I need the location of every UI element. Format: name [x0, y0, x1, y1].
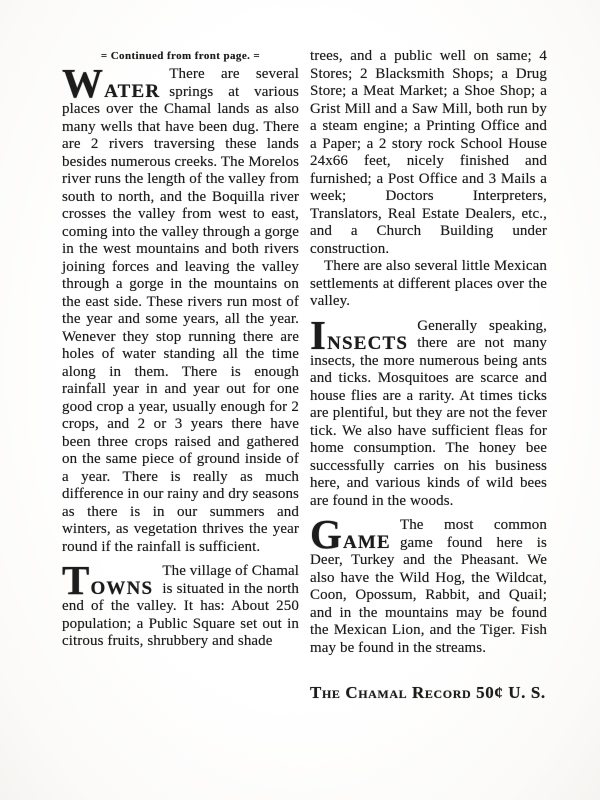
towns-heading-rest: OWNS [90, 578, 153, 599]
insects-paragraph: INSECTSGenerally speaking, there are not… [310, 318, 547, 511]
newspaper-page: = Continued from front page. = WATERTher… [0, 0, 600, 800]
water-paragraph: WATERThere are several springs at variou… [62, 66, 299, 556]
settlements-paragraph: There are also several little Mexican se… [310, 258, 547, 311]
masthead-price-line: The Chamal Record 50¢ U. S. [310, 683, 547, 703]
water-heading: WATER [62, 66, 169, 100]
towns-paragraph: TOWNSThe village of Chamal is situated i… [62, 563, 299, 651]
water-heading-initial: W [62, 60, 103, 106]
section-towns: TOWNSThe village of Chamal is situated i… [62, 563, 299, 651]
section-game: GAMEThe most common game found here is D… [310, 517, 547, 657]
water-heading-rest: ATER [104, 81, 160, 102]
game-heading-initial: G [310, 511, 342, 557]
game-heading: GAME [310, 517, 400, 551]
insects-heading-rest: NSECTS [327, 333, 408, 354]
left-column: = Continued from front page. = WATERTher… [62, 48, 299, 703]
game-paragraph: GAMEThe most common game found here is D… [310, 517, 547, 657]
insects-heading-initial: I [310, 312, 326, 358]
towns-heading: TOWNS [62, 563, 162, 597]
towns-heading-initial: T [62, 557, 89, 603]
right-column: trees, and a public well on same; 4 Stor… [310, 48, 547, 703]
section-insects: INSECTSGenerally speaking, there are not… [310, 318, 547, 511]
columns-container: = Continued from front page. = WATERTher… [62, 48, 546, 703]
game-heading-rest: AME [343, 532, 391, 553]
insects-heading: INSECTS [310, 318, 417, 352]
towns-continuation-paragraph: trees, and a public well on same; 4 Stor… [310, 48, 547, 258]
section-water: WATERThere are several springs at variou… [62, 66, 299, 556]
water-body-text: There are several springs at various pla… [62, 66, 299, 555]
